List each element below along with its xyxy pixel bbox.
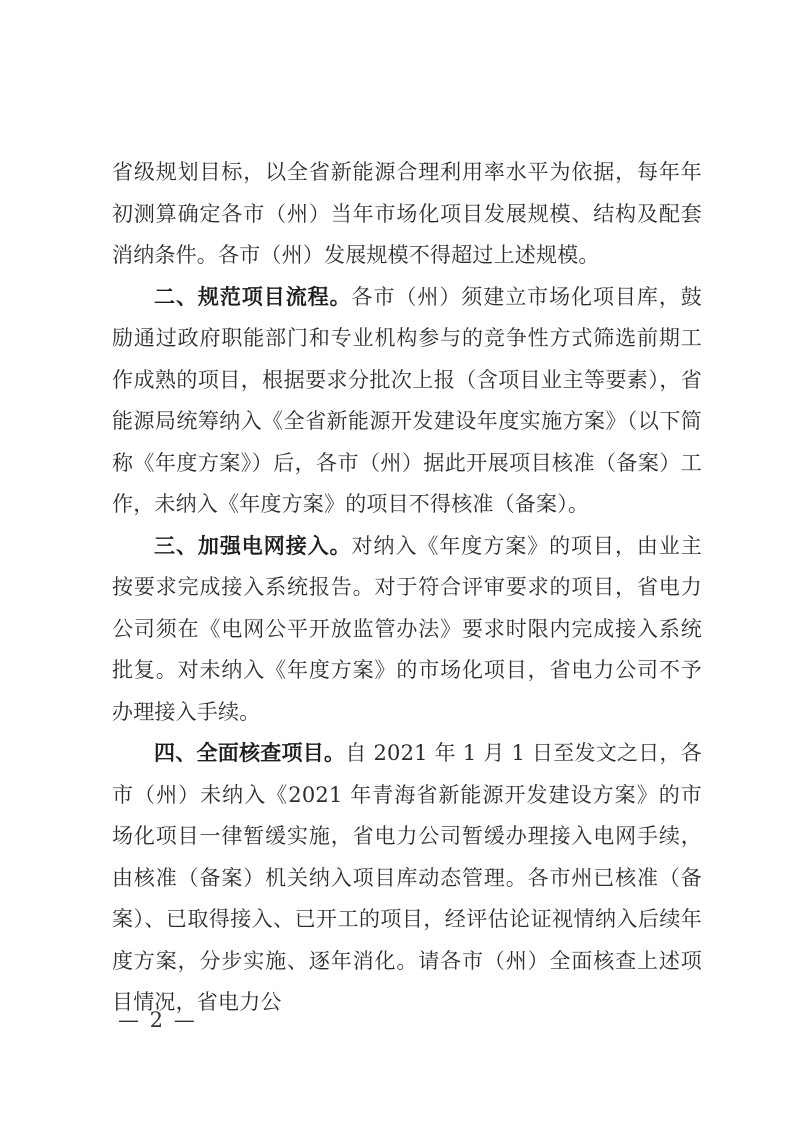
paragraph-text: 省级规划目标，以全省新能源合理利用率水平为依据，每年年初测算确定各市（州）当年市…	[112, 160, 702, 267]
document-page: 省级规划目标，以全省新能源合理利用率水平为依据，每年年初测算确定各市（州）当年市…	[112, 152, 702, 1024]
paragraph-section-3: 三、加强电网接入。对纳入《年度方案》的项目，由业主按要求完成接入系统报告。对于符…	[112, 526, 702, 734]
paragraph-continuation: 省级规划目标，以全省新能源合理利用率水平为依据，每年年初测算确定各市（州）当年市…	[112, 152, 702, 277]
paragraph-section-2: 二、规范项目流程。各市（州）须建立市场化项目库，鼓励通过政府职能部门和专业机构参…	[112, 277, 702, 526]
paragraph-text: 各市（州）须建立市场化项目库，鼓励通过政府职能部门和专业机构参与的竞争性方式筛选…	[112, 285, 702, 517]
paragraph-section-4: 四、全面核查项目。自 2021 年 1 月 1 日至发文之日，各市（州）未纳入《…	[112, 733, 702, 1024]
section-heading: 三、加强电网接入。	[154, 534, 352, 558]
paragraph-text: 自 2021 年 1 月 1 日至发文之日，各市（州）未纳入《2021 年青海省…	[112, 741, 702, 1014]
paragraph-text: 对纳入《年度方案》的项目，由业主按要求完成接入系统报告。对于符合评审要求的项目，…	[112, 534, 702, 724]
page-number: — 2 —	[118, 1008, 197, 1032]
section-heading: 四、全面核查项目。	[154, 741, 345, 765]
section-heading: 二、规范项目流程。	[154, 285, 352, 309]
